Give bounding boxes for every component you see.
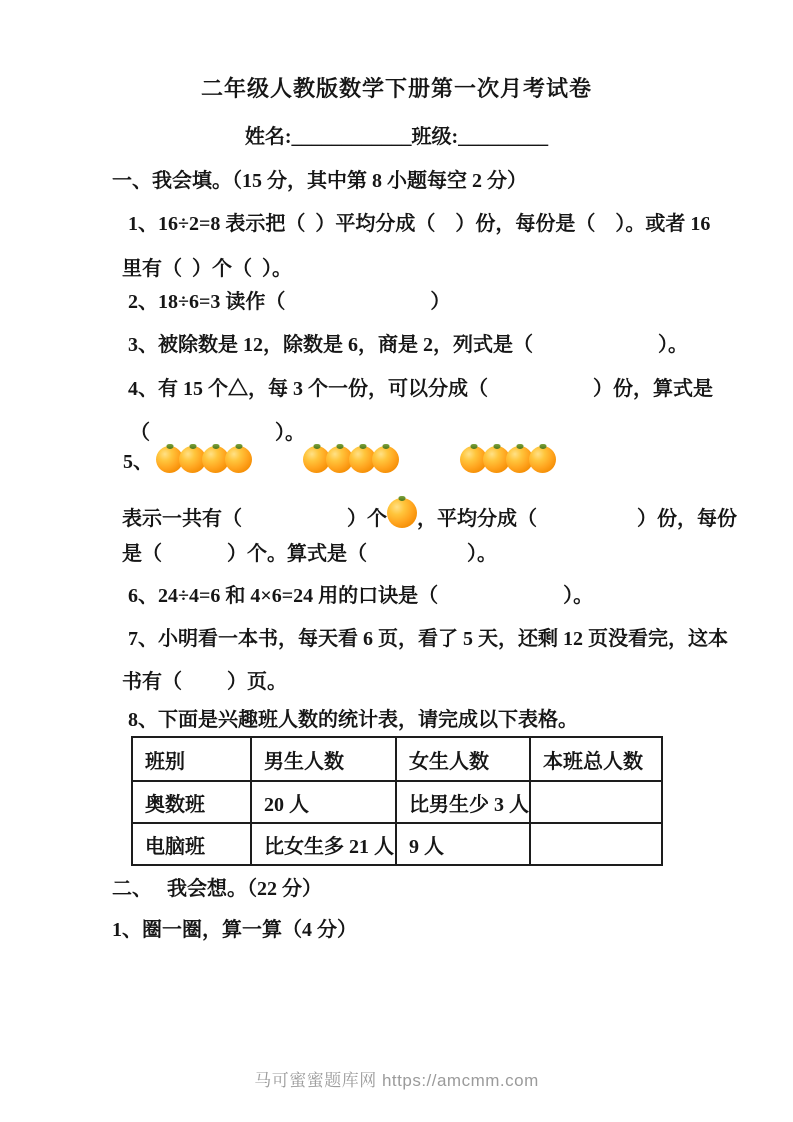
- orange-icon: [225, 446, 252, 473]
- question-5-orange-row: 5、: [123, 446, 556, 475]
- section-one-heading: 一、我会填。（15 分，其中第 8 小题每空 2 分）: [112, 168, 527, 194]
- orange-group: [460, 446, 556, 475]
- question-5-line-2-before: 表示一共有（ ）个: [122, 508, 387, 530]
- question-5-line-2: 表示一共有（ ）个，平均分成（ ）份，每份: [122, 498, 737, 532]
- table-header-row: 班别 男生人数 女生人数 本班总人数: [132, 737, 662, 781]
- table-header-total: 本班总人数: [530, 737, 662, 781]
- table-cell-blank: [530, 823, 662, 865]
- question-1-line-1: 1、16÷2=8 表示把（ ）平均分成（ ）份，每份是（ ）。或者 16: [128, 211, 710, 237]
- orange-groups: [153, 451, 556, 473]
- orange-icon: [387, 498, 417, 528]
- interest-class-table: 班别 男生人数 女生人数 本班总人数 奥数班 20 人 比男生少 3 人 电脑班…: [131, 736, 663, 866]
- table-cell: 20 人: [251, 781, 396, 823]
- class-label: 班级:: [412, 126, 459, 148]
- question-4-line-2: （ ）。: [130, 420, 305, 446]
- table-cell-blank: [530, 781, 662, 823]
- question-7-line-1: 7、小明看一本书，每天看 6 页，看了 5 天，还剩 12 页没看完，这本: [128, 626, 728, 652]
- name-blank-field: ____________: [292, 126, 412, 148]
- question-4-line-1: 4、有 15 个△，每 3 个一份，可以分成（ ）份，算式是: [128, 376, 713, 402]
- orange-group: [156, 446, 252, 475]
- section-two-question-1: 1、圈一圈，算一算（4 分）: [112, 917, 357, 943]
- table-cell: 电脑班: [132, 823, 251, 865]
- table-row: 奥数班 20 人 比男生少 3 人: [132, 781, 662, 823]
- table-header-girls: 女生人数: [396, 737, 530, 781]
- page-title: 二年级人教版数学下册第一次月考试卷: [0, 76, 793, 102]
- table-header-boys: 男生人数: [251, 737, 396, 781]
- site-watermark: 马可蜜蜜题库网 https://amcmm.com: [0, 1068, 793, 1094]
- orange-group: [303, 446, 399, 475]
- table-cell: 9 人: [396, 823, 530, 865]
- orange-icon: [372, 446, 399, 473]
- question-5-line-2-after: ，平均分成（ ）份，每份: [417, 508, 737, 530]
- name-label: 姓名:: [245, 126, 292, 148]
- table-cell: 奥数班: [132, 781, 251, 823]
- question-7-line-2: 书有（ ）页。: [122, 669, 287, 695]
- table-cell: 比女生多 21 人: [251, 823, 396, 865]
- question-8: 8、下面是兴趣班人数的统计表，请完成以下表格。: [128, 707, 578, 733]
- orange-icon: [529, 446, 556, 473]
- table-header-class: 班别: [132, 737, 251, 781]
- class-blank-field: _________: [458, 126, 548, 148]
- table-row: 电脑班 比女生多 21 人 9 人: [132, 823, 662, 865]
- question-1-line-2: 里有（ ）个（ ）。: [122, 256, 292, 282]
- section-two-heading: 二、 我会想。（22 分）: [112, 876, 322, 902]
- question-6: 6、24÷4=6 和 4×6=24 用的口诀是（ ）。: [128, 583, 593, 609]
- exam-paper-page: 二年级人教版数学下册第一次月考试卷 姓名:____________班级:____…: [0, 0, 793, 1122]
- question-5-number: 5、: [123, 451, 153, 473]
- table-cell: 比男生少 3 人: [396, 781, 530, 823]
- question-3: 3、被除数是 12，除数是 6，商是 2，列式是（ ）。: [128, 332, 688, 358]
- question-5-line-3: 是（ ）个。算式是（ ）。: [122, 541, 497, 567]
- name-class-line: 姓名:____________班级:_________: [0, 124, 793, 150]
- question-2: 2、18÷6=3 读作（ ）: [128, 289, 450, 315]
